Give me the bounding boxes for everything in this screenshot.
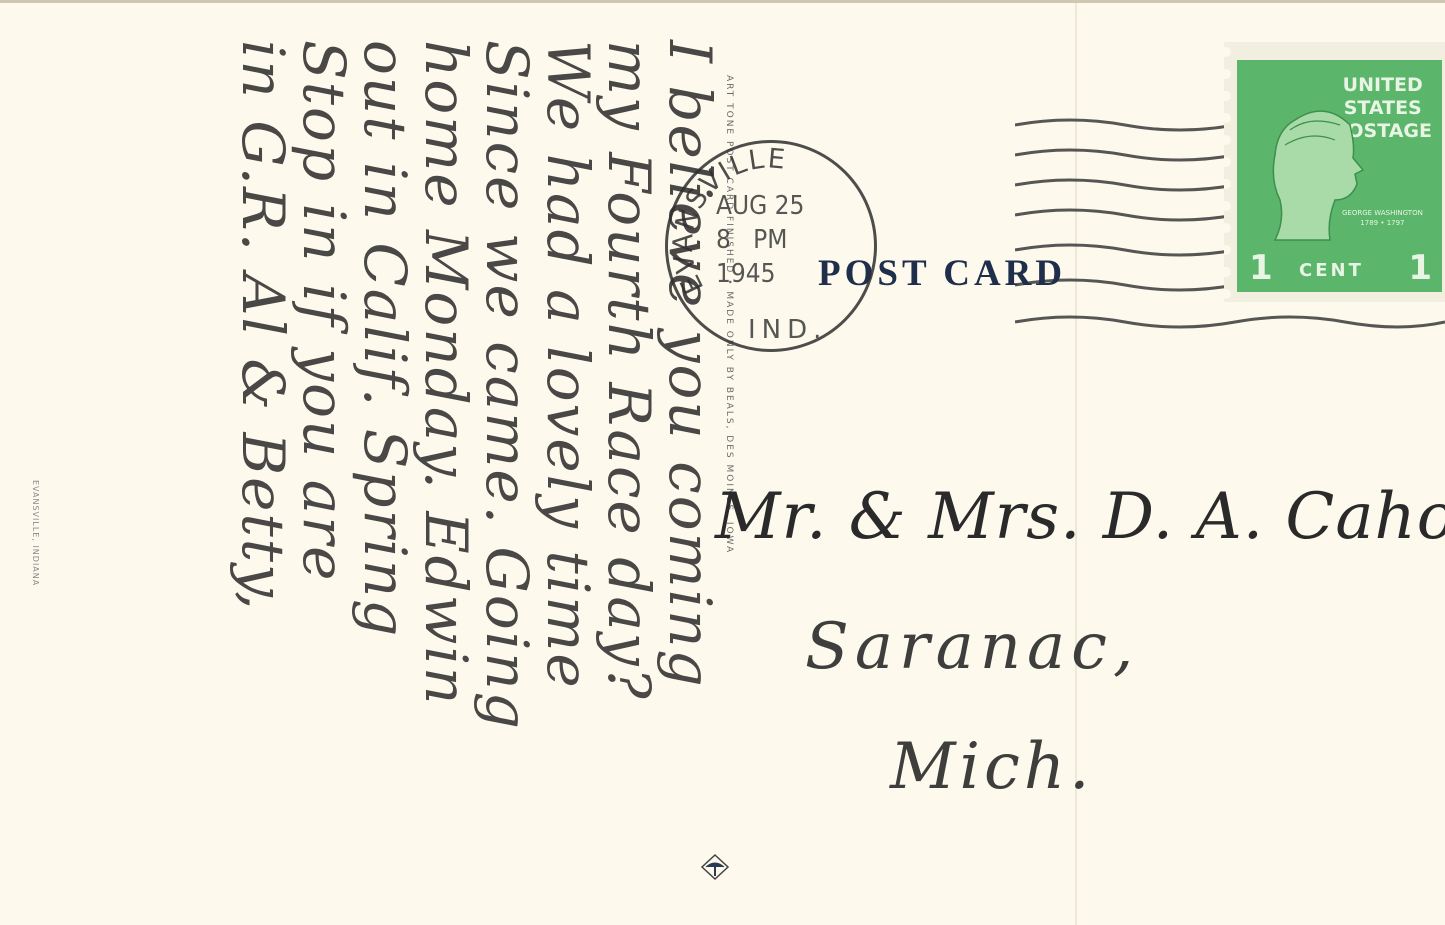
handwritten-message: I believe you comingmy Fourth Race day?W…	[20, 40, 720, 920]
message-line: in G.R. Al & Betty,	[232, 40, 293, 900]
postmark-hour: 8	[716, 225, 731, 255]
postcard-back: EVANSVILLE, INDIANA I believe you coming…	[0, 0, 1445, 925]
stamp-years: 1789 • 1797	[1342, 218, 1423, 228]
message-line: Since we came. Going	[476, 40, 537, 900]
address-recipient: Mr. & Mrs. D. A. Cahoon,	[715, 480, 1445, 554]
message-line: my Fourth Race day?	[598, 40, 659, 900]
message-line: home Monday. Edwin	[415, 40, 476, 900]
message-line: Stop in if you are	[293, 40, 354, 900]
postmark-date: AUG 25 8 PM 1945	[716, 189, 804, 291]
address-city: Saranac,	[805, 610, 1139, 684]
stamp-perforation-edge	[1224, 42, 1236, 302]
stamp-subject: GEORGE WASHINGTON	[1342, 208, 1423, 218]
postmark-meridiem: PM	[753, 225, 787, 255]
stamp-unit: CENT	[1299, 260, 1364, 281]
stamp-caption: GEORGE WASHINGTON 1789 • 1797	[1342, 208, 1423, 228]
message-line: We had a lovely time	[537, 40, 598, 900]
postmark-year: 1945	[716, 257, 804, 291]
stamp-title-line: UNITED	[1333, 74, 1432, 97]
address-state: Mich.	[890, 730, 1093, 804]
postmark-time: 8 PM	[716, 223, 804, 257]
stamp-denomination-left: 1	[1249, 248, 1273, 288]
printer-logo-icon	[700, 852, 730, 882]
postmark: EVANSVILLE AUG 25 8 PM 1945 IND.	[665, 140, 877, 352]
message-line: out in Calif. Spring	[354, 40, 415, 900]
postage-stamp: UNITED STATES POSTAGE GEORGE WASHINGTON …	[1224, 42, 1445, 302]
card-top-edge	[0, 0, 1445, 3]
postmark-month-day: AUG 25	[716, 189, 804, 223]
stamp-face: UNITED STATES POSTAGE GEORGE WASHINGTON …	[1237, 60, 1442, 292]
stamp-denomination-right: 1	[1408, 248, 1432, 288]
postmark-state: IND.	[748, 315, 827, 345]
